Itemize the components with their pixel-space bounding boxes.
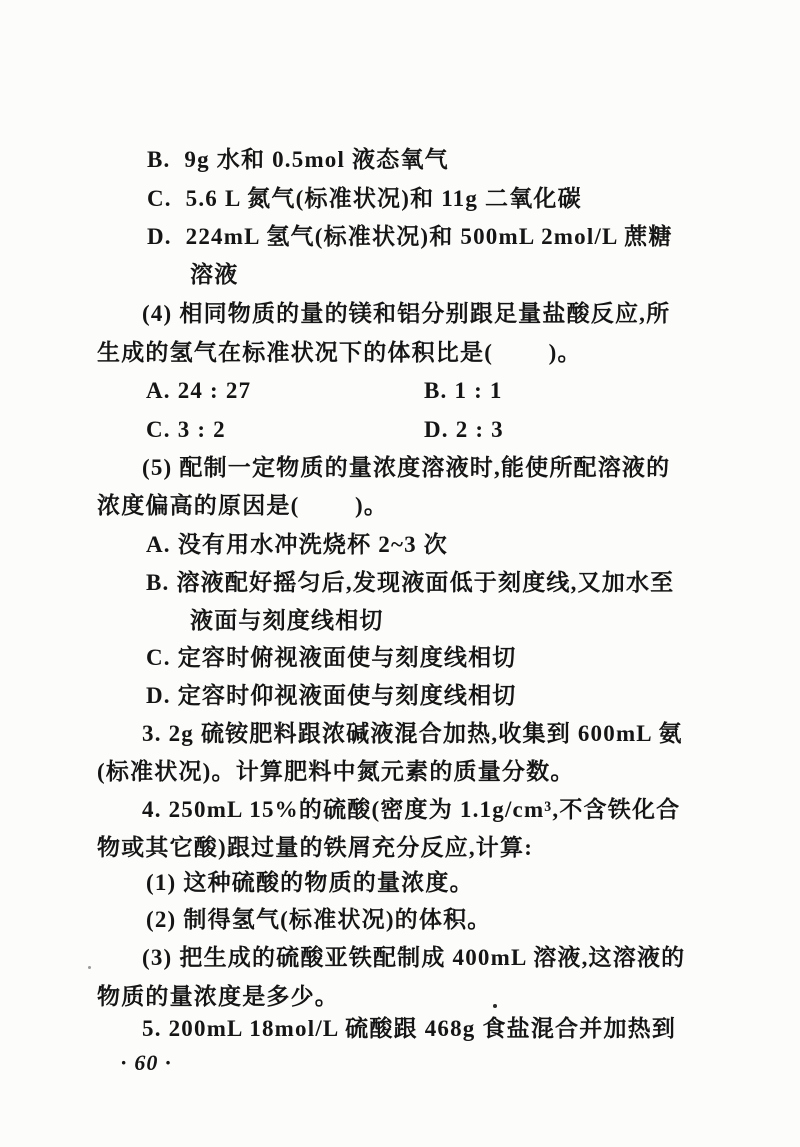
line-p5-1: 5. 200mL 18mol/L 硫酸跟 468g 食盐混合并加热到 bbox=[142, 1015, 676, 1043]
q4-option-B: B. 1 : 1 bbox=[424, 377, 503, 405]
line-p4-sub1: (1) 这种硫酸的物质的量浓度。 bbox=[146, 869, 474, 897]
scan-speck bbox=[493, 1004, 497, 1008]
line-option-2D: D. 224mL 氢气(标准状况)和 500mL 2mol/L 蔗糖 bbox=[147, 223, 673, 251]
line-p4-2: 物或其它酸)跟过量的铁屑充分反应,计算: bbox=[97, 834, 533, 862]
line-q5-option-C: C. 定容时俯视液面使与刻度线相切 bbox=[146, 644, 517, 672]
line-q4-stem-2: 生成的氢气在标准状况下的体积比是( )。 bbox=[97, 339, 582, 367]
line-q4-stem-1: (4) 相同物质的量的镁和铝分别跟足量盐酸反应,所 bbox=[142, 300, 670, 328]
row-q4-options-AB: A. 24 : 27 B. 1 : 1 bbox=[0, 377, 800, 407]
line-q5-stem-1: (5) 配制一定物质的量浓度溶液时,能使所配溶液的 bbox=[142, 454, 670, 482]
line-p4-sub3b: 物质的量浓度是多少。 bbox=[97, 983, 339, 1011]
q4-option-C: C. 3 : 2 bbox=[146, 416, 226, 444]
line-q3-1: 3. 2g 硫铵肥料跟浓碱液混合加热,收集到 600mL 氨 bbox=[142, 720, 683, 748]
line-q5-option-B-wrap: 液面与刻度线相切 bbox=[190, 607, 384, 635]
page-number-value: 60 bbox=[128, 1050, 164, 1075]
line-q5-stem-2: 浓度偏高的原因是( )。 bbox=[97, 492, 388, 520]
scanned-document-page: B. 9g 水和 0.5mol 液态氧气 C. 5.6 L 氮气(标准状况)和 … bbox=[0, 0, 800, 1147]
line-p4-1: 4. 250mL 15%的硫酸(密度为 1.1g/cm³,不含铁化合 bbox=[142, 796, 680, 824]
line-option-2C: C. 5.6 L 氮气(标准状况)和 11g 二氧化碳 bbox=[147, 185, 582, 213]
row-q4-options-CD: C. 3 : 2 D. 2 : 3 bbox=[0, 416, 800, 446]
line-q3-2: (标准状况)。计算肥料中氮元素的质量分数。 bbox=[97, 758, 575, 786]
page-number-suffix-dot: · bbox=[164, 1050, 172, 1075]
line-option-2D-wrap: 溶液 bbox=[190, 261, 238, 289]
page-number: ·60· bbox=[120, 1050, 173, 1076]
q4-option-A: A. 24 : 27 bbox=[146, 377, 251, 405]
line-p4-sub2: (2) 制得氢气(标准状况)的体积。 bbox=[146, 906, 492, 934]
line-q5-option-B: B. 溶液配好摇匀后,发现液面低于刻度线,又加水至 bbox=[146, 569, 674, 597]
scan-speck-faint bbox=[88, 966, 91, 969]
line-q5-option-D: D. 定容时仰视液面使与刻度线相切 bbox=[146, 682, 517, 710]
q4-option-D: D. 2 : 3 bbox=[424, 416, 504, 444]
line-p4-sub3a: (3) 把生成的硫酸亚铁配制成 400mL 溶液,这溶液的 bbox=[142, 944, 685, 972]
line-option-2B: B. 9g 水和 0.5mol 液态氧气 bbox=[147, 146, 449, 174]
line-q5-option-A: A. 没有用水冲洗烧杯 2~3 次 bbox=[146, 531, 448, 559]
